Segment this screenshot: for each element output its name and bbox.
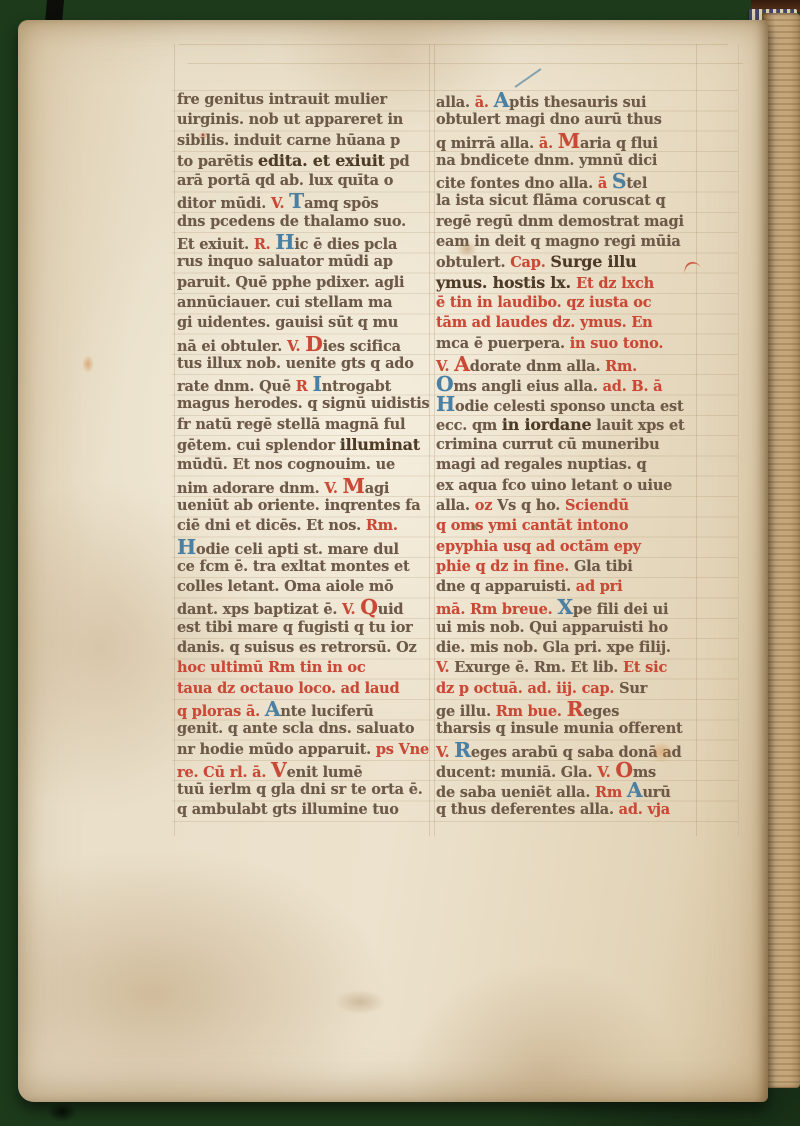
text-segment: gētem. cui splendor <box>177 437 340 454</box>
text-segment: q mirrā alla. <box>436 135 539 152</box>
text-line: fre genitus intrauit mulier <box>177 90 429 110</box>
text-line: arā portā qd ab. lux quīta o <box>177 171 429 191</box>
text-segment: ditor mūdi. <box>177 195 271 212</box>
text-segment: pd <box>385 153 410 170</box>
text-segment: magus herodes. q signū uidistis <box>177 395 430 412</box>
text-line: ē tin in laudibo. qz iusta oc <box>436 293 694 313</box>
text-segment: eges arabū q saba donā ad <box>471 744 682 761</box>
text-line: V. Reges arabū q saba donā ad <box>436 740 694 760</box>
text-segment: danis. q suisus es retrorsū. Oz <box>177 639 417 656</box>
text-line: ducent: muniā. Gla. V. Oms <box>436 760 694 780</box>
text-line: ui mis nob. Qui apparuisti ho <box>436 618 694 638</box>
text-segment: mūdū. Et nos cognouim. ue <box>177 456 395 473</box>
text-segment: ducent: muniā. Gla. <box>436 764 597 781</box>
text-line: tus illux nob. uenite gts q ado <box>177 354 429 374</box>
text-line: Hodie celesti sponso uncta est <box>436 394 694 414</box>
text-segment: nte luciferū <box>280 703 373 720</box>
text-line: cite fontes dno alla. ā Stel <box>436 171 694 191</box>
text-line: fr natū regē stellā magnā ful <box>177 415 429 435</box>
text-line: est tibi mare q fugisti q tu ior <box>177 618 429 638</box>
text-line: de saba ueniēt alla. Rm Aurū <box>436 780 694 800</box>
text-line: ueniūt ab oriente. inqrentes fa <box>177 496 429 516</box>
text-segment: odie celesti sponso uncta est <box>455 398 684 415</box>
text-segment: V. <box>436 744 454 761</box>
text-segment: phie q dz in fine. <box>436 558 574 575</box>
text-segment: q ambulabt gts illumine tuo <box>177 801 399 818</box>
text-segment: q ploras ā. <box>177 703 265 720</box>
text-segment: dz p octuā. ad. iij. cap. <box>436 680 619 697</box>
text-line: ciē dni et dicēs. Et nos. Rm. <box>177 516 429 536</box>
text-line: mca ē puerpera. in suo tono. <box>436 334 694 354</box>
text-line: ex aqua fco uino letant o uiue <box>436 476 694 496</box>
text-segment: magi ad regales nuptias. q <box>436 456 646 473</box>
text-segment: die. mis nob. Gla pri. xpe filij. <box>436 639 671 656</box>
text-segment: ies scifica <box>323 338 401 355</box>
text-line: gētem. cui splendor illuminat <box>177 435 429 455</box>
text-segment: eam in deit q magno regi mūia <box>436 233 681 250</box>
text-line: Oms angli eius alla. ad. B. ā <box>436 374 694 394</box>
text-line: tuū ierlm q gla dni sr te orta ē. <box>177 780 429 800</box>
illuminated-initial: D <box>305 332 322 356</box>
text-segment: amq spōs <box>304 195 378 212</box>
text-segment: annūciauer. cui stellam ma <box>177 294 392 311</box>
text-segment: na bndicete dnm. ymnū dici <box>436 152 657 169</box>
text-line: rate dnm. Quē R Introgabt <box>177 374 429 394</box>
text-segment: edita. et exiuit <box>258 151 385 170</box>
text-segment: hoc ultimū Rm tin in oc <box>177 659 366 676</box>
text-segment: ā. <box>539 135 558 152</box>
column-left: fre genitus intrauit mulieruirginis. nob… <box>177 90 429 821</box>
illuminated-initial: M <box>558 129 580 153</box>
text-line: taua dz octauo loco. ad laud <box>177 679 429 699</box>
text-segment: nr hodie mūdo apparuit. <box>177 741 376 758</box>
text-line: sibilis. induit carne hūana p <box>177 131 429 151</box>
illuminated-initial: A <box>454 352 470 376</box>
text-segment: arā portā qd ab. lux quīta o <box>177 172 393 189</box>
text-segment: gi uidentes. gauisi sūt q mu <box>177 314 398 331</box>
illuminated-initial: H <box>177 535 196 559</box>
text-line: alla. oz Vs q ho. Sciendū <box>436 496 694 516</box>
text-segment: dne q apparuisti. <box>436 578 576 595</box>
text-segment: enit lumē <box>287 764 363 781</box>
illuminated-initial: M <box>343 474 365 498</box>
text-line: danis. q suisus es retrorsū. Oz <box>177 638 429 658</box>
text-segment: de saba ueniēt alla. <box>436 784 595 801</box>
text-line: q ambulabt gts illumine tuo <box>177 800 429 820</box>
illuminated-initial: V <box>271 758 287 782</box>
text-segment: alla. <box>436 94 475 111</box>
text-line: Hodie celi apti st. mare dul <box>177 537 429 557</box>
text-segment: dant. xps baptizat ē. <box>177 601 342 618</box>
manuscript-photo: fre genitus intrauit mulieruirginis. nob… <box>0 0 800 1126</box>
text-segment: V. <box>436 659 454 676</box>
text-segment: colles letant. Oma aiole mō <box>177 578 394 595</box>
illuminated-initial: T <box>289 189 304 213</box>
text-segment: oz <box>475 497 497 514</box>
text-line: die. mis nob. Gla pri. xpe filij. <box>436 638 694 658</box>
text-segment: V. <box>597 764 615 781</box>
text-segment: agi <box>365 480 389 497</box>
text-segment: ntrogabt <box>322 378 391 395</box>
text-segment: regē regū dnm demostrat magi <box>436 213 684 230</box>
text-segment: Exurge ē. Rm. Et lib. <box>454 659 623 676</box>
text-line: dant. xps baptizat ē. V. Quid <box>177 597 429 617</box>
text-line: ymus. hostis lx. Et dz lxch <box>436 273 694 293</box>
text-segment: dns pcedens de thalamo suo. <box>177 213 406 230</box>
text-line: q mirrā alla. ā. Maria q flui <box>436 131 694 151</box>
text-line: ge illu. Rm bue. Reges <box>436 699 694 719</box>
text-segment: pe fili dei ui <box>573 601 668 618</box>
text-segment: Gla tibi <box>574 558 633 575</box>
text-segment: ce fcm ē. tra exltat montes et <box>177 558 410 575</box>
text-segment: ptis thesauris sui <box>509 94 646 111</box>
text-segment: fr natū regē stellā magnā ful <box>177 416 405 433</box>
text-segment: mā. Rm breue. <box>436 601 557 618</box>
text-segment: Sur <box>619 680 647 697</box>
text-segment: Et exiuit. <box>177 236 254 253</box>
text-segment: ad pri <box>576 578 623 595</box>
text-line: la ista sicut flāma coruscat q <box>436 191 694 211</box>
text-line: gi uidentes. gauisi sūt q mu <box>177 313 429 333</box>
text-line: nim adorare dnm. V. Magi <box>177 476 429 496</box>
text-line: tharsis q insule munia offerent <box>436 719 694 739</box>
text-line: na bndicete dnm. ymnū dici <box>436 151 694 171</box>
text-segment: ex aqua fco uino letant o uiue <box>436 477 672 494</box>
illuminated-initial: I <box>312 372 321 396</box>
text-line: crimina currut cū muneribu <box>436 435 694 455</box>
text-segment: mca ē puerpera. <box>436 335 570 352</box>
text-segment: ā. <box>475 94 494 111</box>
text-line: hoc ultimū Rm tin in oc <box>177 658 429 678</box>
text-segment: rus inquo saluator mūdi ap <box>177 253 393 270</box>
text-segment: Et dz lxch <box>576 275 654 292</box>
illuminated-initial: R <box>567 697 584 721</box>
text-segment: urū <box>642 784 670 801</box>
text-segment: ad. vja <box>619 801 670 818</box>
text-segment: V. <box>342 601 360 618</box>
text-segment: Et sic <box>623 659 667 676</box>
text-segment: ā <box>598 175 612 192</box>
text-segment: ad. B. ā <box>603 378 663 395</box>
text-line: to parētis edita. et exiuit pd <box>177 151 429 171</box>
text-line: mā. Rm breue. Xpe fili dei ui <box>436 597 694 617</box>
text-segment: crimina currut cū muneribu <box>436 436 659 453</box>
text-segment: V. <box>287 338 305 355</box>
text-segment: taua dz octauo loco. ad laud <box>177 680 399 697</box>
illuminated-initial: X <box>557 595 573 619</box>
text-line: mūdū. Et nos cognouim. ue <box>177 455 429 475</box>
text-segment: sibilis. induit carne hūana p <box>177 132 400 149</box>
text-segment: tām ad laudes dz. ymus. En <box>436 314 653 331</box>
text-line: ditor mūdi. V. Tamq spōs <box>177 191 429 211</box>
text-segment: tus illux nob. uenite gts q ado <box>177 355 414 372</box>
text-segment: fre genitus intrauit mulier <box>177 91 387 108</box>
text-segment: R. <box>254 236 276 253</box>
text-segment: obtulert magi dno aurū thus <box>436 111 662 128</box>
text-line: Et exiuit. R. Hic ē dies pcla <box>177 232 429 252</box>
text-segment: obtulert. <box>436 254 510 271</box>
text-segment: Sciendū <box>565 497 629 514</box>
text-line: alla. ā. Aptis thesauris sui <box>436 90 694 110</box>
text-line: re. Cū rl. ā. Venit lumē <box>177 760 429 780</box>
text-line: colles letant. Oma aiole mō <box>177 577 429 597</box>
text-line: dz p octuā. ad. iij. cap. Sur <box>436 679 694 699</box>
text-line: paruit. Quē pphe pdixer. agli <box>177 273 429 293</box>
text-segment: V. <box>324 480 342 497</box>
text-segment: q oms ymi cantāt intono <box>436 517 628 534</box>
text-segment: epyphia usq ad octām epy <box>436 538 641 555</box>
text-line: eam in deit q magno regi mūia <box>436 232 694 252</box>
text-segment: tel <box>626 175 647 192</box>
text-line: dne q apparuisti. ad pri <box>436 577 694 597</box>
illuminated-initial: R <box>454 738 471 762</box>
column-right: alla. ā. Aptis thesauris suiobtulert mag… <box>436 90 694 821</box>
text-segment: Cap. <box>510 254 550 271</box>
text-segment: ē tin in laudibo. qz iusta oc <box>436 294 651 311</box>
text-segment: uid <box>378 601 404 618</box>
text-line: q ploras ā. Ante luciferū <box>177 699 429 719</box>
text-segment: ciē dni et dicēs. Et nos. <box>177 517 366 534</box>
text-segment: q thus deferentes alla. <box>436 801 619 818</box>
illuminated-initial: S <box>612 169 626 193</box>
text-segment: V. <box>271 195 289 212</box>
text-line: genit. q ante scla dns. saluato <box>177 719 429 739</box>
text-block: fre genitus intrauit mulieruirginis. nob… <box>177 90 694 821</box>
page-shadow <box>42 1098 82 1126</box>
text-segment: paruit. Quē pphe pdixer. agli <box>177 274 404 291</box>
text-segment: to parētis <box>177 153 258 170</box>
text-line: nā ei obtuler. V. Dies scifica <box>177 334 429 354</box>
text-line: rus inquo saluator mūdi ap <box>177 252 429 272</box>
text-segment: ms angli eius alla. <box>453 378 602 395</box>
text-segment: Rm. <box>366 517 398 534</box>
text-segment: ueniūt ab oriente. inqrentes fa <box>177 497 420 514</box>
text-segment: alla. <box>436 497 475 514</box>
text-segment: Vs q ho. <box>497 497 565 514</box>
text-segment: tuū ierlm q gla dni sr te orta ē. <box>177 781 423 798</box>
text-line: ce fcm ē. tra exltat montes et <box>177 557 429 577</box>
text-segment: eges <box>583 703 619 720</box>
text-segment: aria q flui <box>580 135 658 152</box>
ruling-line <box>178 44 728 45</box>
text-segment: illuminat <box>340 435 420 454</box>
text-segment: ui mis nob. Qui apparuisti ho <box>436 619 668 636</box>
text-segment: in suo tono. <box>570 335 664 352</box>
text-line: obtulert magi dno aurū thus <box>436 110 694 130</box>
text-segment: nā ei obtuler. <box>177 338 287 355</box>
text-line: annūciauer. cui stellam ma <box>177 293 429 313</box>
text-line: ecc. qm in iordane lauit xps et <box>436 415 694 435</box>
text-segment: in iordane <box>502 415 591 434</box>
text-segment: cite fontes dno alla. <box>436 175 598 192</box>
text-segment: ymus. hostis lx. <box>436 273 576 292</box>
illuminated-initial: A <box>494 88 510 112</box>
text-segment: nim adorare dnm. <box>177 480 324 497</box>
illuminated-initial: H <box>275 230 294 254</box>
text-line: q oms ymi cantāt intono <box>436 516 694 536</box>
text-segment: dorate dnm alla. <box>470 358 605 375</box>
illuminated-initial: A <box>265 697 281 721</box>
text-segment: odie celi apti st. mare dul <box>196 541 399 558</box>
text-segment: ge illu. <box>436 703 496 720</box>
text-line: dns pcedens de thalamo suo. <box>177 212 429 232</box>
text-line: obtulert. Cap. Surge illu <box>436 252 694 272</box>
text-line: uirginis. nob ut appareret in <box>177 110 429 130</box>
text-segment: rate dnm. Quē <box>177 378 296 395</box>
illuminated-initial: Q <box>360 595 377 619</box>
text-segment: Rm bue. <box>496 703 567 720</box>
text-line: q thus deferentes alla. ad. vja <box>436 800 694 820</box>
illuminated-initial: A <box>627 778 643 802</box>
text-line: phie q dz in fine. Gla tibi <box>436 557 694 577</box>
illuminated-initial: H <box>436 392 455 416</box>
text-segment: tharsis q insule munia offerent <box>436 720 683 737</box>
text-segment: re. Cū rl. ā. <box>177 764 271 781</box>
text-line: epyphia usq ad octām epy <box>436 537 694 557</box>
text-line: magus herodes. q signū uidistis <box>177 394 429 414</box>
text-segment: Rm <box>595 784 627 801</box>
text-line: nr hodie mūdo apparuit. ps Vne <box>177 740 429 760</box>
text-segment: ic ē dies pcla <box>294 236 397 253</box>
text-line: V. Adorate dnm alla. Rm. <box>436 354 694 374</box>
text-segment: R <box>296 378 313 395</box>
text-segment: Rm. <box>605 358 637 375</box>
text-segment: Surge illu <box>550 252 636 271</box>
text-line: regē regū dnm demostrat magi <box>436 212 694 232</box>
text-line: V. Exurge ē. Rm. Et lib. Et sic <box>436 658 694 678</box>
text-segment: ps Vne <box>376 741 429 758</box>
text-line: magi ad regales nuptias. q <box>436 455 694 475</box>
text-segment: uirginis. nob ut appareret in <box>177 111 403 128</box>
ruling-line <box>188 63 743 64</box>
text-segment: genit. q ante scla dns. saluato <box>177 720 414 737</box>
text-segment: la ista sicut flāma coruscat q <box>436 192 665 209</box>
text-segment: lauit xps et <box>591 417 684 434</box>
text-segment: ecc. qm <box>436 417 502 434</box>
text-line: tām ad laudes dz. ymus. En <box>436 313 694 333</box>
text-segment: est tibi mare q fugisti q tu ior <box>177 619 413 636</box>
